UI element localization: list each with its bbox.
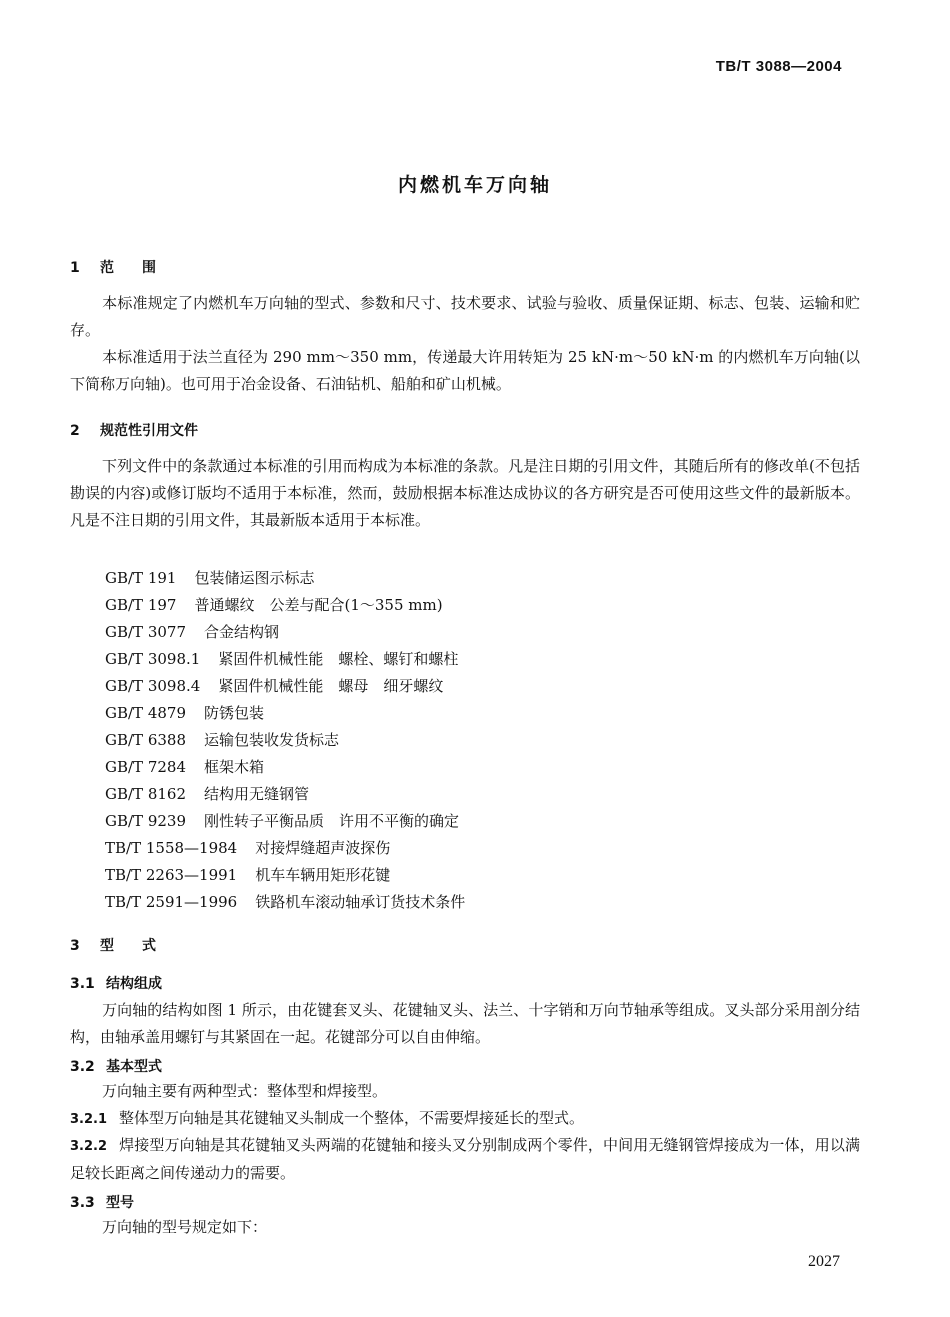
section-title: 型式: [100, 938, 184, 954]
reference-item: GB/T 197普通螺纹 公差与配合(1～355 mm): [105, 592, 465, 619]
reference-item: TB/T 2263—1991机车车辆用矩形花键: [105, 862, 465, 889]
clause-3-2-1: 3.2.1整体型万向轴是其花键轴叉头制成一个整体，不需要焊接延长的型式。: [70, 1105, 860, 1133]
section-title: 规范性引用文件: [100, 423, 198, 439]
reference-item: TB/T 1558—1984对接焊缝超声波探伤: [105, 835, 465, 862]
section-number: 2: [70, 423, 100, 439]
section-number: 3: [70, 938, 100, 954]
reference-item: GB/T 3098.4紧固件机械性能 螺母 细牙螺纹: [105, 673, 465, 700]
section-1-paragraph-1: 本标准规定了内燃机车万向轴的型式、参数和尺寸、技术要求、试验与验收、质量保证期、…: [70, 290, 860, 344]
standard-code: TB/T 3088—2004: [716, 58, 842, 75]
reference-item: GB/T 4879防锈包装: [105, 700, 465, 727]
section-2-paragraph: 下列文件中的条款通过本标准的引用而构成为本标准的条款。凡是注日期的引用文件，其随…: [70, 453, 860, 534]
section-3-1-paragraph: 万向轴的结构如图 1 所示，由花键套叉头、花键轴叉头、法兰、十字销和万向节轴承等…: [70, 997, 860, 1051]
section-3-1-heading: 3.1结构组成: [70, 973, 162, 993]
reference-item: GB/T 7284框架木箱: [105, 754, 465, 781]
reference-item: GB/T 9239刚性转子平衡品质 许用不平衡的确定: [105, 808, 465, 835]
reference-item: GB/T 191包装储运图示标志: [105, 565, 465, 592]
section-2-heading: 2规范性引用文件: [70, 420, 198, 440]
section-number: 1: [70, 260, 100, 276]
section-3-heading: 3型式: [70, 935, 184, 955]
reference-list: GB/T 191包装储运图示标志 GB/T 197普通螺纹 公差与配合(1～35…: [105, 565, 465, 916]
section-3-2-heading: 3.2基本型式: [70, 1056, 162, 1076]
section-1-heading: 1范围: [70, 257, 184, 277]
section-3-2-paragraph: 万向轴主要有两种型式：整体型和焊接型。: [70, 1078, 860, 1105]
page-number: 2027: [808, 1253, 840, 1271]
section-3-3-paragraph: 万向轴的型号规定如下：: [70, 1214, 860, 1241]
reference-item: TB/T 2591—1996铁路机车滚动轴承订货技术条件: [105, 889, 465, 916]
reference-item: GB/T 3077合金结构钢: [105, 619, 465, 646]
section-1-paragraph-2: 本标准适用于法兰直径为 290 mm～350 mm，传递最大许用转矩为 25 k…: [70, 344, 860, 398]
section-3-3-heading: 3.3型号: [70, 1192, 134, 1212]
reference-item: GB/T 3098.1紧固件机械性能 螺栓、螺钉和螺柱: [105, 646, 465, 673]
clause-3-2-2: 3.2.2焊接型万向轴是其花键轴叉头两端的花键轴和接头叉分别制成两个零件，中间用…: [70, 1132, 860, 1187]
reference-item: GB/T 8162结构用无缝钢管: [105, 781, 465, 808]
section-title: 范围: [100, 260, 184, 276]
document-title: 内燃机车万向轴: [0, 170, 950, 197]
reference-item: GB/T 6388运输包装收发货标志: [105, 727, 465, 754]
